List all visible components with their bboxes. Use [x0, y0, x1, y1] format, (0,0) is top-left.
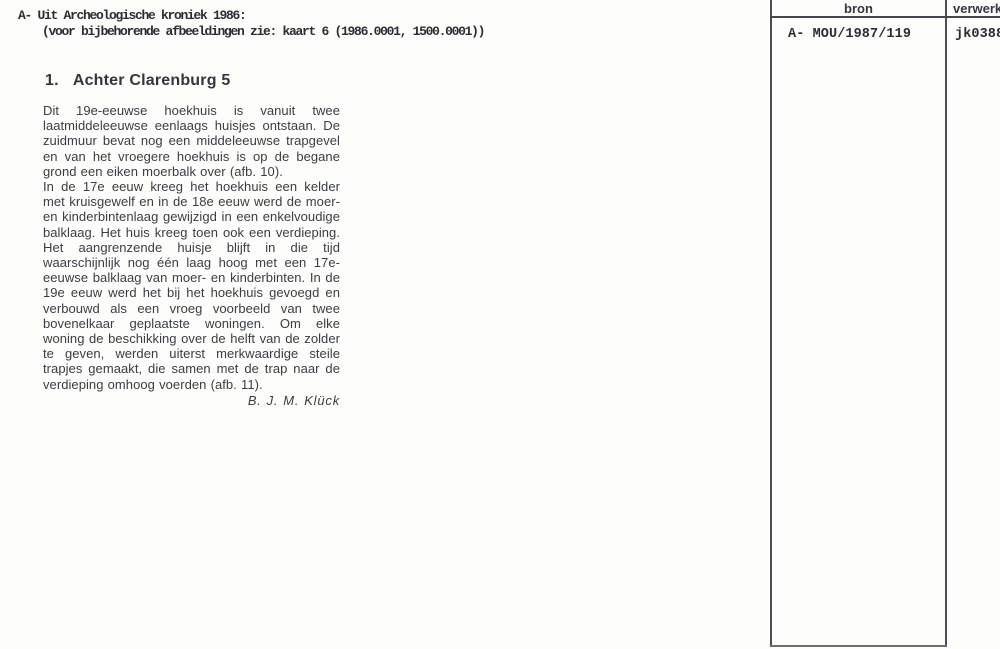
register-header-underline [770, 16, 1000, 18]
article-column: 1. Achter Clarenburg 5 Dit 19e-eeuwse ho… [43, 72, 340, 408]
register-bottom-rule [770, 645, 947, 647]
register-verwerkt-value: jk0388 [955, 27, 1000, 42]
heading-number: 1. [45, 72, 59, 90]
article-paragraph: Dit 19e-eeuwse hoekhuis is vanuit twee l… [43, 103, 340, 179]
register-left-rule [770, 0, 772, 647]
author-signature: B. J. M. Klück [43, 393, 340, 408]
article-paragraph: In de 17e eeuw kreeg het hoekhuis een ke… [43, 179, 340, 392]
register-column-header-bron: bron [772, 1, 945, 16]
register-middle-rule [945, 0, 947, 647]
header-reference-line: (voor bijbehorende afbeeldingen zie: kaa… [18, 24, 484, 40]
header-source-line: A- Uit Archeologische kroniek 1986: [18, 8, 484, 24]
article-heading: 1. Achter Clarenburg 5 [45, 72, 340, 90]
scanned-document-page: A- Uit Archeologische kroniek 1986: (voo… [0, 0, 1000, 649]
register-bron-value: A- MOU/1987/119 [788, 27, 911, 42]
typewritten-header: A- Uit Archeologische kroniek 1986: (voo… [18, 8, 484, 40]
heading-title: Achter Clarenburg 5 [73, 72, 231, 89]
register-column-header-verwerkt: verwerkt [953, 1, 1000, 16]
